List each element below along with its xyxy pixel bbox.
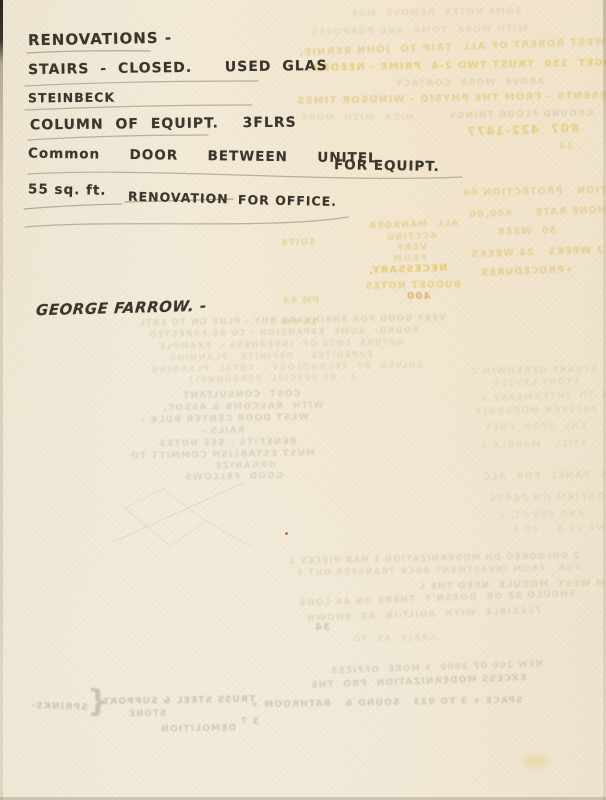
bleedthrough-fragment: - 14 <box>558 142 582 152</box>
bleedthrough-fragment: WE'VE 3 40 1 <box>512 523 606 535</box>
bleedthrough-fragment: WEST DOOR CENTER BULK - <box>140 413 309 426</box>
bleedthrough-fragment: ALL MANAGER <box>368 218 458 231</box>
bleedthrough-fragment: CABLE AS TO <box>352 633 436 644</box>
bleedthrough-fragment: DEMOLITION <box>160 723 236 734</box>
note-line-renovation-struck: RENOVATION <box>128 189 229 207</box>
bleedthrough-fragment: STUART GERSHWIN 2 <box>470 365 598 377</box>
ink-speck <box>285 532 288 535</box>
note-line-column: COLUMN OF EQUIPT. 3FLRS <box>30 115 297 134</box>
note-line-sqft: 55 sq. ft. <box>28 181 107 198</box>
note-line-for-equipt: FOR EQUIPT. <box>334 157 440 175</box>
yellow-smudge <box>522 755 548 768</box>
scanned-note-page: SOME NOTES REMOVE MGEWITH WORK TOMA AND … <box>0 0 606 800</box>
bleedthrough-fragment: 50 WEEK <box>496 225 556 237</box>
bleedthrough-fragment: +PROCEDURES <box>480 264 574 278</box>
bleedthrough-fragment: SPRINKS- <box>30 701 88 713</box>
bleedthrough-fragment: STORY LEVELS <box>492 377 580 389</box>
bleedthrough-fragment: SPACE + 3 TO 933 SOUND & BATHROOM + <box>250 696 523 711</box>
bleedthrough-fragment: STILL MARBLE 2 <box>480 439 587 451</box>
bleedthrough-fragment: LOCATION PROTECTION 64 <box>462 184 606 198</box>
scan-edge-left <box>0 0 3 800</box>
bleedthrough-fragment: SUITE <box>280 237 316 248</box>
note-line-steinbeck: STEINBECK <box>28 90 115 106</box>
bleedthrough-fragment: MUST ESTABLISH COMMITT TO <box>130 448 315 461</box>
bleedthrough-fragment: OK TO INTERWEAVE 1 <box>480 390 606 405</box>
bleedthrough-fragment: 3 ? <box>240 716 260 727</box>
bleedthrough-fragment: TRUSS STEEL & SUPPORT <box>102 695 255 708</box>
bleedthrough-fragment: CAL SPAN FREE <box>484 421 586 433</box>
bleedthrough-fragment: GROUND FLOOR THINGS <box>448 109 594 122</box>
bleedthrough-fragment: BENEFITS - SEE NOTES <box>158 437 297 449</box>
bleedthrough-fragment: PRESENTS - FROM THE PHYSID - WINDSOR TIM… <box>296 90 606 107</box>
bleedthrough-fragment: NEED CONFIRM ON PARTS <box>488 491 606 505</box>
bleedthrough-fragment: 2 - 80 SPECIAL PERSONNEL) <box>188 373 356 386</box>
bleedthrough-fragment: PHONE RATE 600,00 <box>468 204 606 220</box>
bleedthrough-fragment: 2 WEEKS 24 WEEKS <box>470 245 604 261</box>
bleedthrough-fragment: FOR FROM INVESTMENT BACK TRANSFER OUT 3 <box>296 564 580 579</box>
bleedthrough-fragment: MINIMUM WEST MODULE NEED THE L <box>418 578 606 592</box>
bleedthrough-fragment: WITH RASCOMB & ASSOC, <box>162 401 324 414</box>
bleedthrough-fragment: WITH WORK TOMA AND PURPOSES <box>310 24 528 38</box>
bleedthrough-fragment: PM 64 <box>282 296 319 307</box>
bleedthrough-fragment: GOOD FELLOWS <box>184 471 284 483</box>
bleedthrough-fragment: AND 400 FT, 2 <box>498 509 585 521</box>
bleedthrough-fragment: RAILS - <box>200 426 245 437</box>
bleedthrough-fragment: ABOVE WORK CONTACT <box>395 77 544 90</box>
bleedthrough-fragment: BUDGET 150 TRUST TWO 2-4 PRIME - NEEDED <box>312 57 606 74</box>
note-line-for-office: FOR OFFICE. <box>238 192 337 209</box>
bleedthrough-fragment: #07 422-1477 <box>466 121 581 139</box>
bleedthrough-fragment: ACCTING <box>386 231 437 243</box>
bleedthrough-fragment: BUDGET NOTES <box>364 279 461 292</box>
bleedthrough-fragment: ORGANIZE PANEL FOR ALC <box>482 468 606 482</box>
bleedthrough-fragment: FLEXIBLE WITH BUILT-IN AS SHOWN <box>306 606 541 624</box>
bleedthrough-fragment: COST CONSULTANT <box>182 389 300 401</box>
bleedthrough-fragment: 400 <box>406 291 430 302</box>
bleedthrough-fragment: ORGANIZE <box>214 460 276 471</box>
bleedthrough-fragment: 34 <box>314 622 330 633</box>
bleedthrough-fragment: STONE <box>128 709 166 720</box>
bleedthrough-fragment: PATTERN MODERNLY <box>474 405 597 417</box>
bleedthrough-fragment: MICA WITH MORE <box>300 113 414 123</box>
bleedthrough-fragment: NECESSARY, <box>368 263 448 277</box>
bleedthrough-fragment: WEST ROBERT OF ALL TRIP TO JOHN BERNIE, <box>298 37 606 59</box>
note-line-renovations: RENOVATIONS - <box>28 29 172 50</box>
bleedthrough-fragment: VERY <box>396 242 427 253</box>
bleedthrough-fragment: SOME NOTES REMOVE MGE <box>350 7 522 20</box>
